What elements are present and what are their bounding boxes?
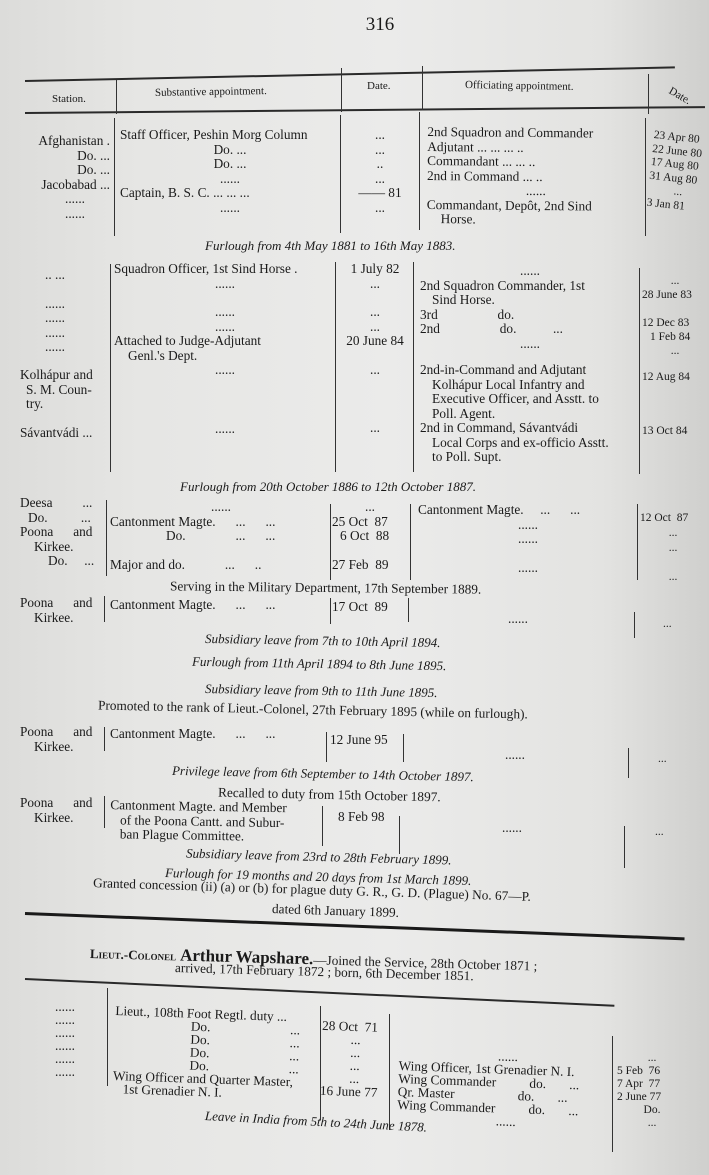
date-cell: ... 5 Feb 76 7 Apr 77 2 June 77 Do. ... <box>617 1052 687 1130</box>
header-date-2: Date. <box>667 85 693 107</box>
column-divider <box>110 264 111 472</box>
header-divider <box>422 66 423 110</box>
date-cell: 23 Apr 80 22 June 80 17 Aug 80 31 Aug 80… <box>646 129 709 216</box>
station-cell: .. ... ...... ...... ...... ...... <box>15 268 95 355</box>
leave-note: Subsidiary leave from 9th to 11th June 1… <box>205 681 438 701</box>
date-cell: 1 July 82 ... ... ... 20 June 84 ... ... <box>336 262 414 436</box>
officiating-cell: ...... 2nd Squadron Commander, 1st Sind … <box>420 264 640 465</box>
leave-note: Subsidiary leave from 7th to 10th April … <box>205 631 441 651</box>
header-top-rule <box>25 66 675 81</box>
date-cell: ... <box>663 618 672 630</box>
officiating-cell: ...... Wing Officer, 1st Grenadier N. I.… <box>397 1046 618 1132</box>
date-cell: 8 Feb 98 <box>338 810 385 825</box>
station-cell: Poona and Kirkee. <box>20 796 106 825</box>
station-cell: Afghanistan . Do. ... Do. ... Jacobabad … <box>10 134 110 221</box>
date-cell: 12 June 95 <box>330 733 388 748</box>
station-cell: Deesa ... Do. ... Poona and Kirkee. Do. … <box>20 496 108 569</box>
column-divider <box>410 504 411 580</box>
header-divider <box>648 74 649 114</box>
date-cell: ... ... .. ... —— 81 ... <box>342 128 418 215</box>
service-note: Serving in the Military Department, 17th… <box>170 579 481 597</box>
substantive-cell: Cantonment Magte. and Member of the Poon… <box>110 798 323 845</box>
header-officiating: Officiating appointment. <box>465 79 574 93</box>
station-cell: Poona and Kirkee. <box>20 725 106 754</box>
station-cell: Poona and Kirkee. <box>20 596 106 625</box>
header-bottom-rule <box>25 106 705 113</box>
column-divider <box>634 612 635 638</box>
officiating-cell: ...... <box>508 612 528 627</box>
column-divider <box>399 816 400 854</box>
header-date: Date. <box>367 80 391 92</box>
date-cell: ... <box>655 826 664 838</box>
substantive-cell: Cantonment Magte. ... ... <box>110 598 275 613</box>
concession-note-date: dated 6th January 1899. <box>272 902 399 920</box>
officiating-cell: ...... <box>502 821 522 836</box>
column-divider <box>322 806 323 846</box>
column-divider <box>403 734 404 762</box>
substantive-cell: Squadron Officer, 1st Sind Horse . .....… <box>114 262 336 436</box>
date-cell: ... <box>658 753 667 765</box>
header-station: Station. <box>52 93 86 105</box>
header-divider <box>116 80 117 114</box>
substantive-cell: Cantonment Magte. ... ... <box>110 727 275 742</box>
furlough-note: Furlough from 4th May 1881 to 16th May 1… <box>205 238 455 254</box>
column-divider <box>107 988 108 1086</box>
header-divider <box>341 68 342 112</box>
column-divider <box>624 826 625 868</box>
column-divider <box>326 732 327 762</box>
officiating-cell: ...... <box>505 748 525 763</box>
scanned-page: 316 Station. Substantive appointment. Da… <box>0 0 709 1175</box>
header-substantive: Substantive appointment. <box>155 85 267 99</box>
page-number: 316 <box>0 14 709 36</box>
leave-note: Furlough from 11th April 1894 to 8th Jun… <box>192 654 447 674</box>
furlough-note: Furlough from 20th October 1886 to 12th … <box>180 479 476 495</box>
station-cell: Kolhápur and S. M. Coun- try. Sávantvádi… <box>20 368 110 440</box>
column-divider <box>408 598 409 622</box>
date-cell: 17 Oct 89 <box>332 600 388 615</box>
leave-note: Subsidiary leave from 23rd to 28th Febru… <box>186 846 452 869</box>
column-divider <box>628 748 629 778</box>
station-cell: ...... ...... ...... ...... ...... .....… <box>45 1000 85 1078</box>
promotion-note: Promoted to the rank of Lieut.-Colonel, … <box>98 699 528 722</box>
leave-note: Privilege leave from 6th September to 14… <box>172 763 474 785</box>
substantive-cell: Staff Officer, Peshin Morg Column Do. ..… <box>120 128 340 215</box>
column-divider <box>114 118 115 236</box>
officiating-cell: 2nd Squadron and Commander Adjutant ... … <box>427 125 646 228</box>
date-cell: ... 25 Oct 87 6 Oct 88 27 Feb 89 <box>332 500 408 572</box>
leave-note: Leave in India from 5th to 24th June 187… <box>205 1108 428 1136</box>
table-top-rule <box>25 978 614 1006</box>
date-cell: 12 Oct 87 ... ... ... <box>640 511 706 585</box>
officiating-cell: Cantonment Magte. ... ... ...... ...... … <box>418 503 638 575</box>
substantive-cell: Lieut., 108th Foot Regtl. duty ... Do. .… <box>112 1004 325 1102</box>
column-divider <box>419 112 420 230</box>
date-cell: 28 Oct 71 ... ... ... ... 16 June 77 <box>320 1019 391 1099</box>
date-cell: ... 28 June 83 12 Dec 83 1 Feb 84 ... 12… <box>642 274 708 438</box>
substantive-cell: ...... Cantonment Magte. ... ... Do. ...… <box>110 500 332 572</box>
officer-rank: Lieut.-Colonel <box>90 946 177 963</box>
